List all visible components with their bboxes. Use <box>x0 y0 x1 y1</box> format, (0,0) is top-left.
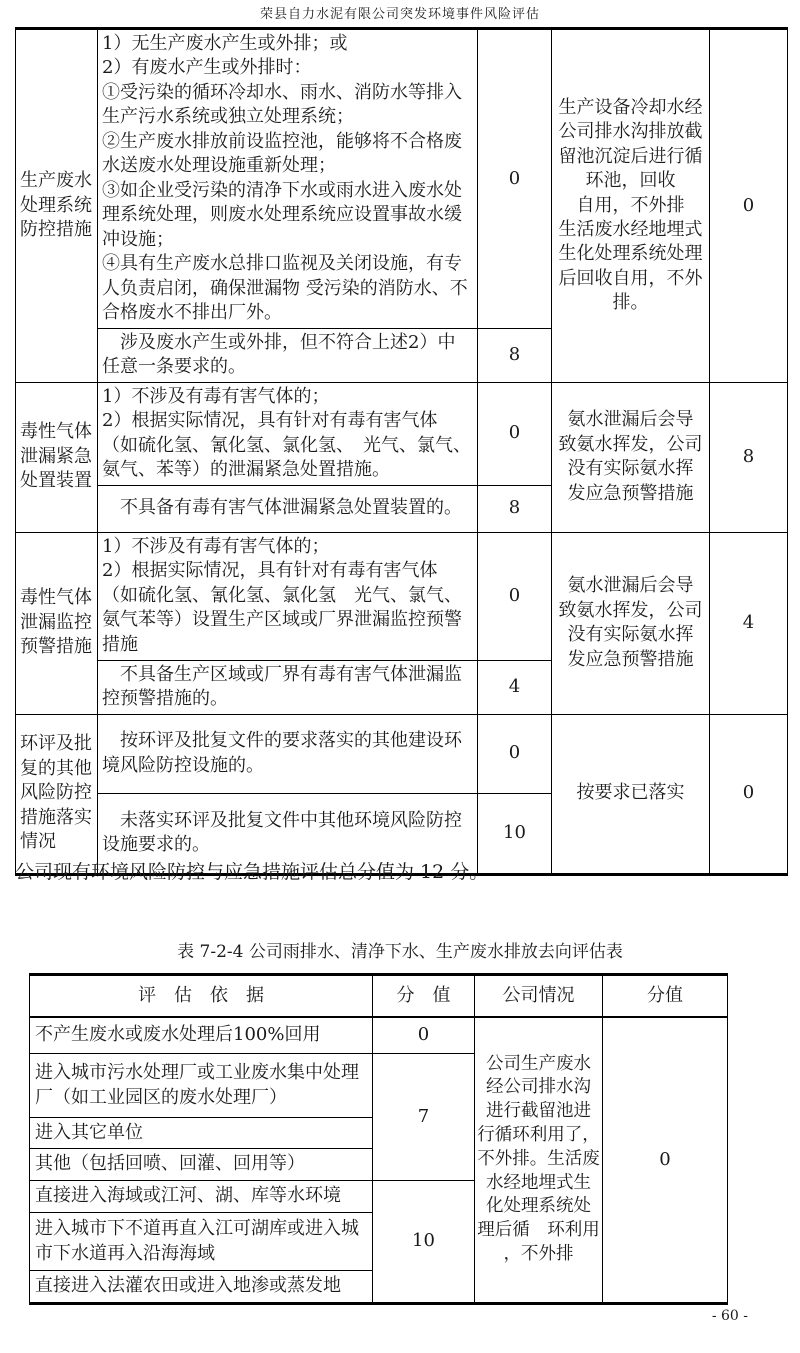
criteria-cell: 不产生废水或废水处理后100%回用 <box>30 1017 373 1054</box>
criteria-cell: 按环评及批复文件的要求落实的其他建设环境风险防控设施的。 <box>98 714 478 793</box>
criteria-cell: 其他（包括回喷、回灌、回用等） <box>30 1149 373 1181</box>
criteria-cell: 1）不涉及有毒有害气体的； 2）根据实际情况，具有针对有毒有害气体 （如硫化氢、… <box>98 532 478 660</box>
table-row: 生产废水处理系统防控措施 1）无生产废水产生或外排；或 2）有废水产生或外排时：… <box>16 29 788 329</box>
company-situation-cell: 氨水泄漏后会导 致氨水挥发，公司 没有实际氨水挥 发应急预警措施 <box>552 382 710 532</box>
section-label: 毒性气体泄漏监控预警措施 <box>16 532 98 714</box>
page-header: 荣县自力水泥有限公司突发环境事件风险评估 <box>0 3 800 22</box>
section-score-cell: 4 <box>710 532 788 714</box>
company-situation-cell: 氨水泄漏后会导 致氨水挥发，公司 没有实际氨水挥 发应急预警措施 <box>552 532 710 714</box>
section-label: 毒性气体泄漏紧急处置装置 <box>16 382 98 532</box>
situation-score-cell: 0 <box>603 1017 728 1304</box>
column-header: 分值 <box>603 975 728 1017</box>
score-cell: 0 <box>478 382 552 485</box>
company-situation-cell: 按要求已落实 <box>552 714 710 874</box>
section-label: 环评及批复的其他风险防控措施落实情况 <box>16 714 98 874</box>
section-label: 生产废水处理系统防控措施 <box>16 29 98 383</box>
company-situation-cell: 生产设备冷却水经 公司排水沟排放截 留池沉淀后进行循 环池，回收 自用，不外排 … <box>552 29 710 383</box>
criteria-cell: 直接进入海域或江河、湖、库等水环境 <box>30 1181 373 1213</box>
score-cell: 8 <box>478 328 552 382</box>
table-row: 毒性气体泄漏紧急处置装置 1）不涉及有毒有害气体的； 2）根据实际情况，具有针对… <box>16 382 788 485</box>
section-score-cell: 8 <box>710 382 788 532</box>
score-cell: 0 <box>478 714 552 793</box>
criteria-cell: 不具备有毒有害气体泄漏紧急处置装置的。 <box>98 485 478 532</box>
column-header: 分 值 <box>373 975 475 1017</box>
score-cell: 0 <box>373 1017 475 1054</box>
company-situation-cell: 公司生产废水 经公司排水沟 进行截留池进 行循环利用了， 不外排。生活废 水经地… <box>475 1017 603 1304</box>
table-row: 不产生废水或废水处理后100%回用 0 公司生产废水 经公司排水沟 进行截留池进… <box>30 1017 728 1054</box>
table-row: 毒性气体泄漏监控预警措施 1）不涉及有毒有害气体的； 2）根据实际情况，具有针对… <box>16 532 788 660</box>
criteria-cell: 进入城市污水处理厂或工业废水集中处理厂（如工业园区的废水处理厂） <box>30 1054 373 1118</box>
score-cell: 0 <box>478 532 552 660</box>
table-title: 表 7-2-4 公司雨排水、清净下水、生产废水排放去向评估表 <box>0 937 800 962</box>
page-number: - 60 - <box>712 1308 748 1324</box>
column-header: 公司情况 <box>475 975 603 1017</box>
document-page: 荣县自力水泥有限公司突发环境事件风险评估 生产废水处理系统防控措施 1）无生产废… <box>0 0 800 1353</box>
summary-text: 公司现有环境风险防控与应急措施评估总分值为 12 分。 <box>15 857 785 884</box>
score-cell: 8 <box>478 485 552 532</box>
discharge-destination-table: 评 估 依 据 分 值 公司情况 分值 不产生废水或废水处理后100%回用 0 … <box>29 973 728 1305</box>
column-header: 评 估 依 据 <box>30 975 373 1017</box>
table-header-row: 评 估 依 据 分 值 公司情况 分值 <box>30 975 728 1017</box>
criteria-cell: 进入其它单位 <box>30 1118 373 1149</box>
table-row: 环评及批复的其他风险防控措施落实情况 按环评及批复文件的要求落实的其他建设环境风… <box>16 714 788 793</box>
risk-measures-table: 生产废水处理系统防控措施 1）无生产废水产生或外排；或 2）有废水产生或外排时：… <box>15 27 788 876</box>
score-cell: 4 <box>478 660 552 714</box>
criteria-cell: 不具备生产区域或厂界有毒有害气体泄漏监控预警措施的。 <box>98 660 478 714</box>
score-cell: 7 <box>373 1054 475 1181</box>
criteria-cell: 1）不涉及有毒有害气体的； 2）根据实际情况，具有针对有毒有害气体 （如硫化氢、… <box>98 382 478 485</box>
criteria-cell: 直接进入法灌农田或进入地渗或蒸发地 <box>30 1271 373 1304</box>
section-score-cell: 0 <box>710 714 788 874</box>
criteria-cell: 进入城市下不道再直入江可湖库或进入城市下水道再入沿海海域 <box>30 1213 373 1271</box>
criteria-cell: 涉及废水产生或外排，但不符合上述2）中任意一条要求的。 <box>98 328 478 382</box>
score-cell: 10 <box>373 1181 475 1304</box>
section-score-cell: 0 <box>710 29 788 383</box>
criteria-cell: 1）无生产废水产生或外排；或 2）有废水产生或外排时： ①受污染的循环冷却水、雨… <box>98 29 478 329</box>
score-cell: 0 <box>478 29 552 329</box>
